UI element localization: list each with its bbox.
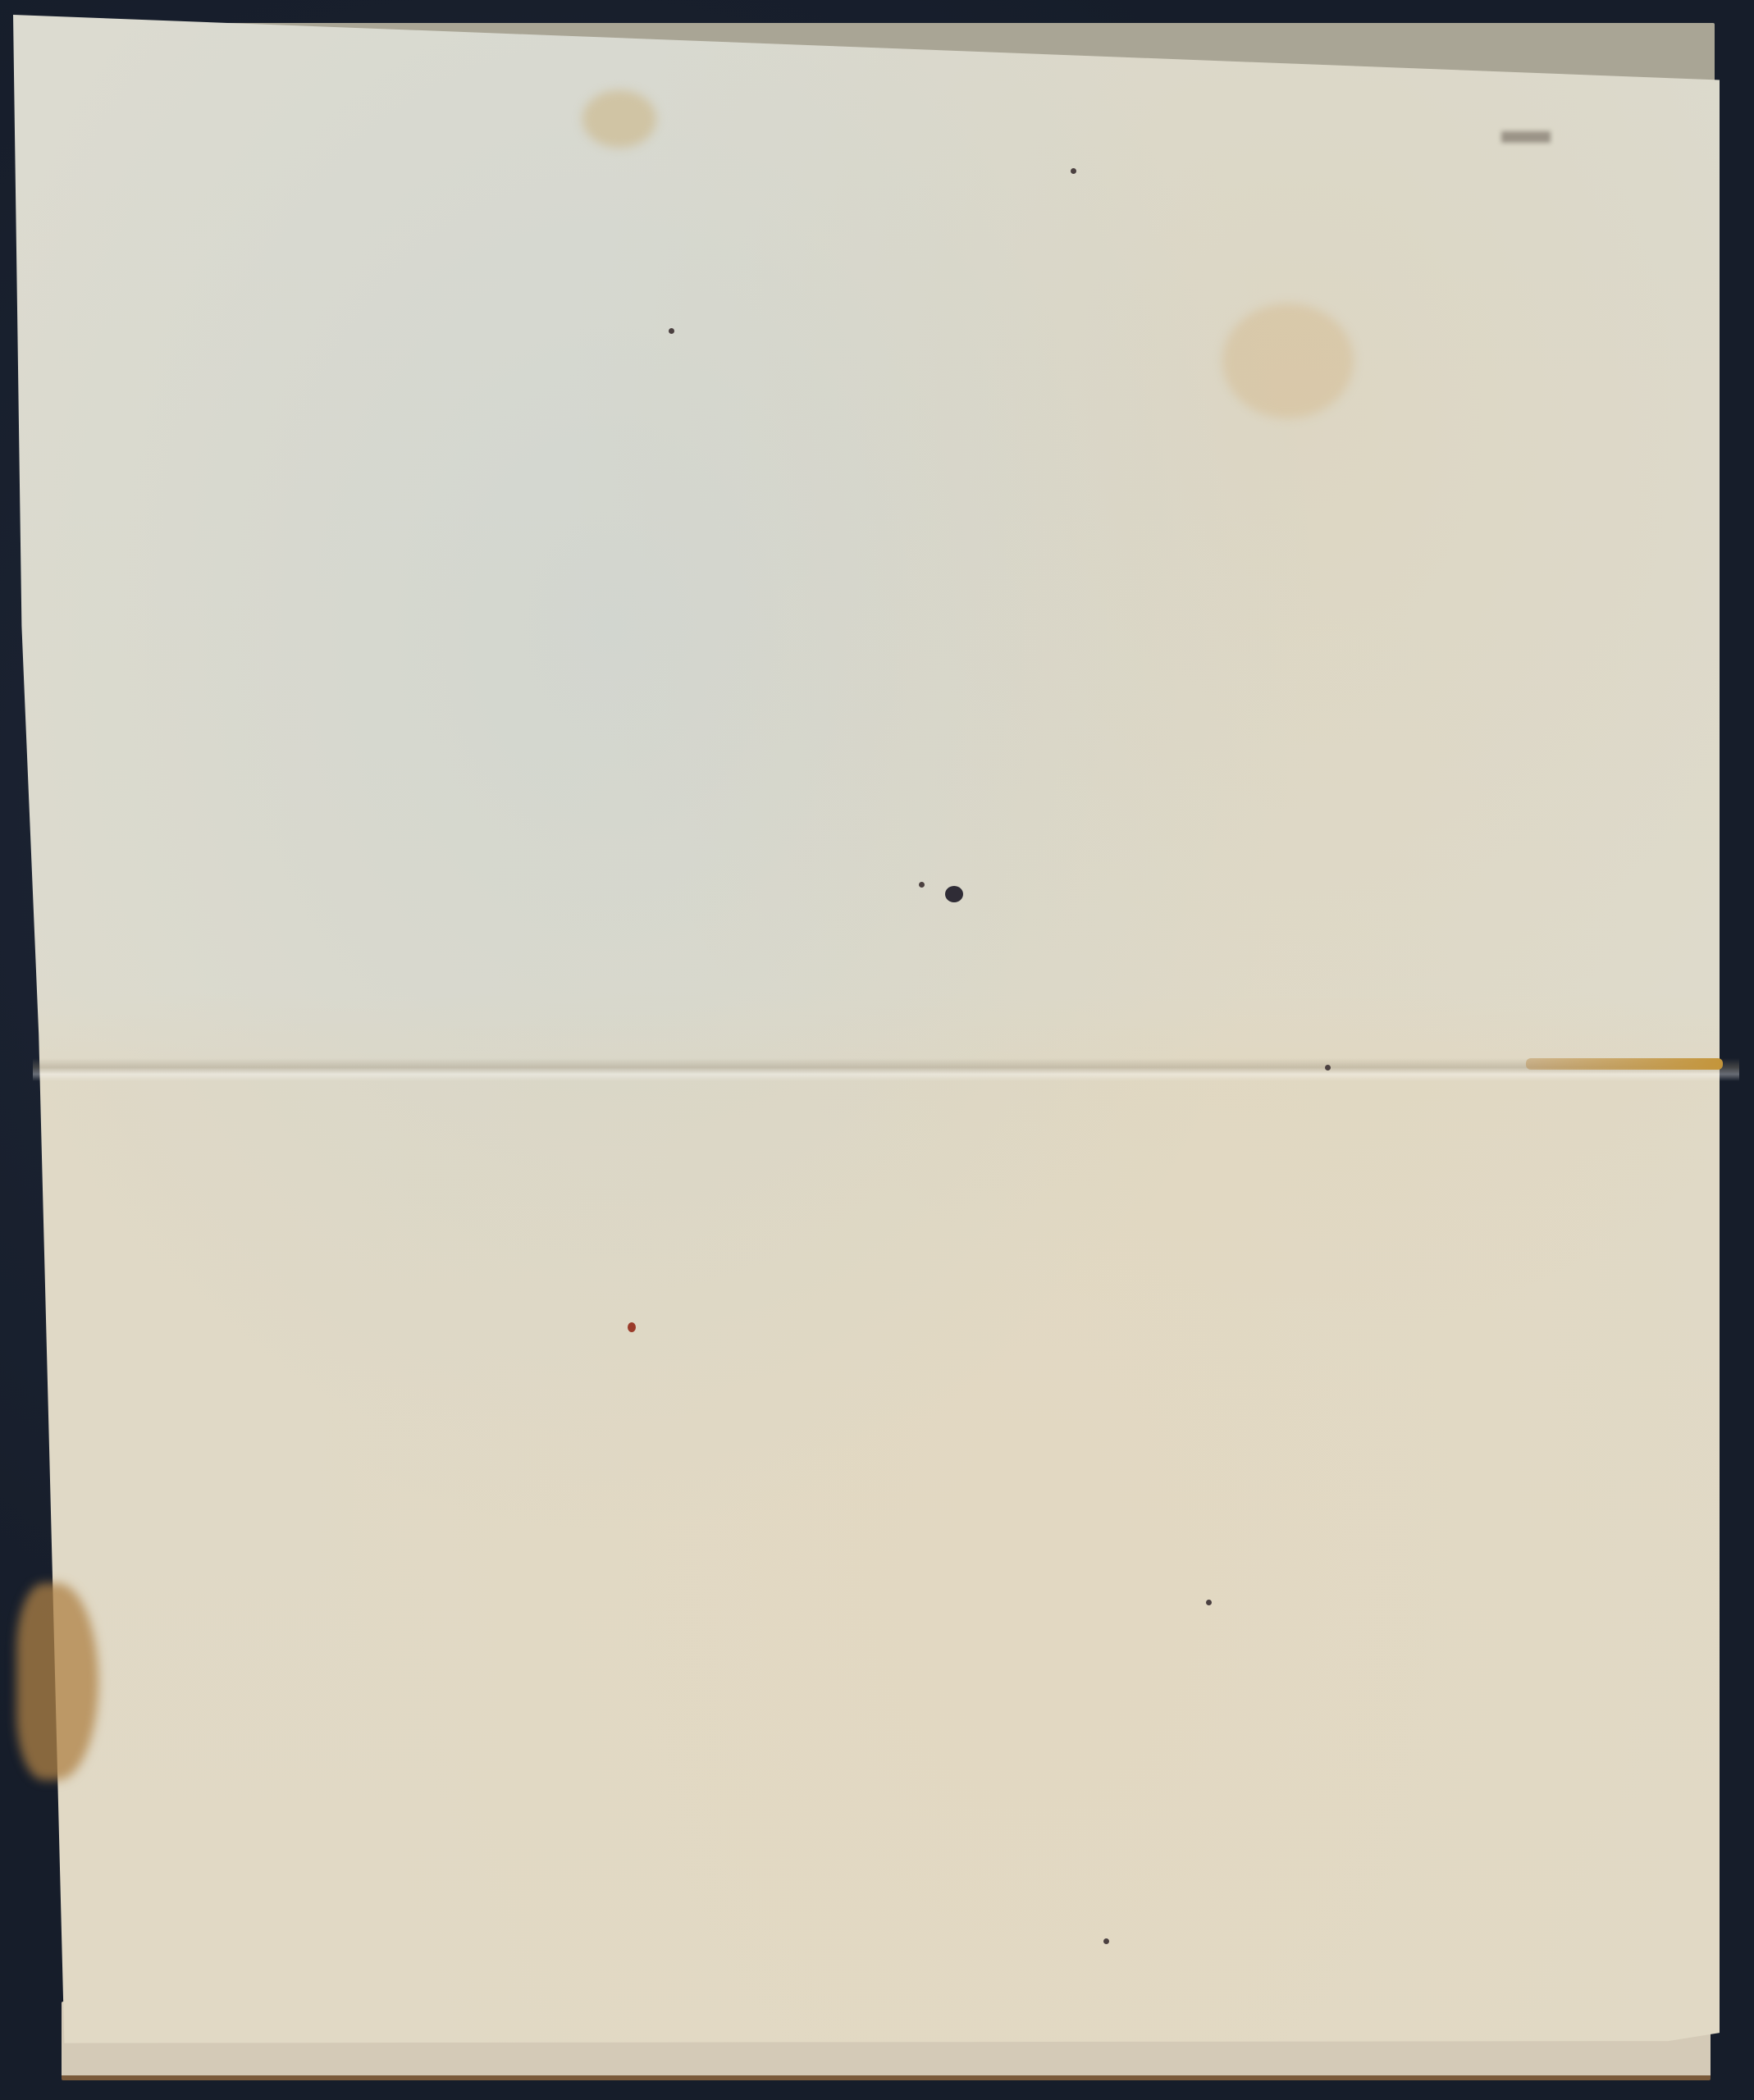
- ink-speck: [1071, 168, 1076, 174]
- foxing-stain-top: [582, 90, 656, 148]
- rust-speck: [628, 1322, 636, 1332]
- ink-speck: [1103, 1938, 1109, 1944]
- ink-speck: [1206, 1600, 1212, 1605]
- ink-speck: [669, 328, 674, 334]
- fold-tear-right: [1526, 1058, 1723, 1070]
- ink-smudge-top-right: [1501, 131, 1551, 143]
- horizontal-fold-crease: [33, 1058, 1739, 1081]
- water-stain-left-edge: [16, 1583, 98, 1780]
- ink-speck: [945, 886, 963, 902]
- foxing-stain-right: [1222, 304, 1354, 418]
- ink-speck: [1325, 1065, 1331, 1071]
- blank-paper-sheet: [13, 15, 1720, 2053]
- ink-speck: [919, 882, 925, 888]
